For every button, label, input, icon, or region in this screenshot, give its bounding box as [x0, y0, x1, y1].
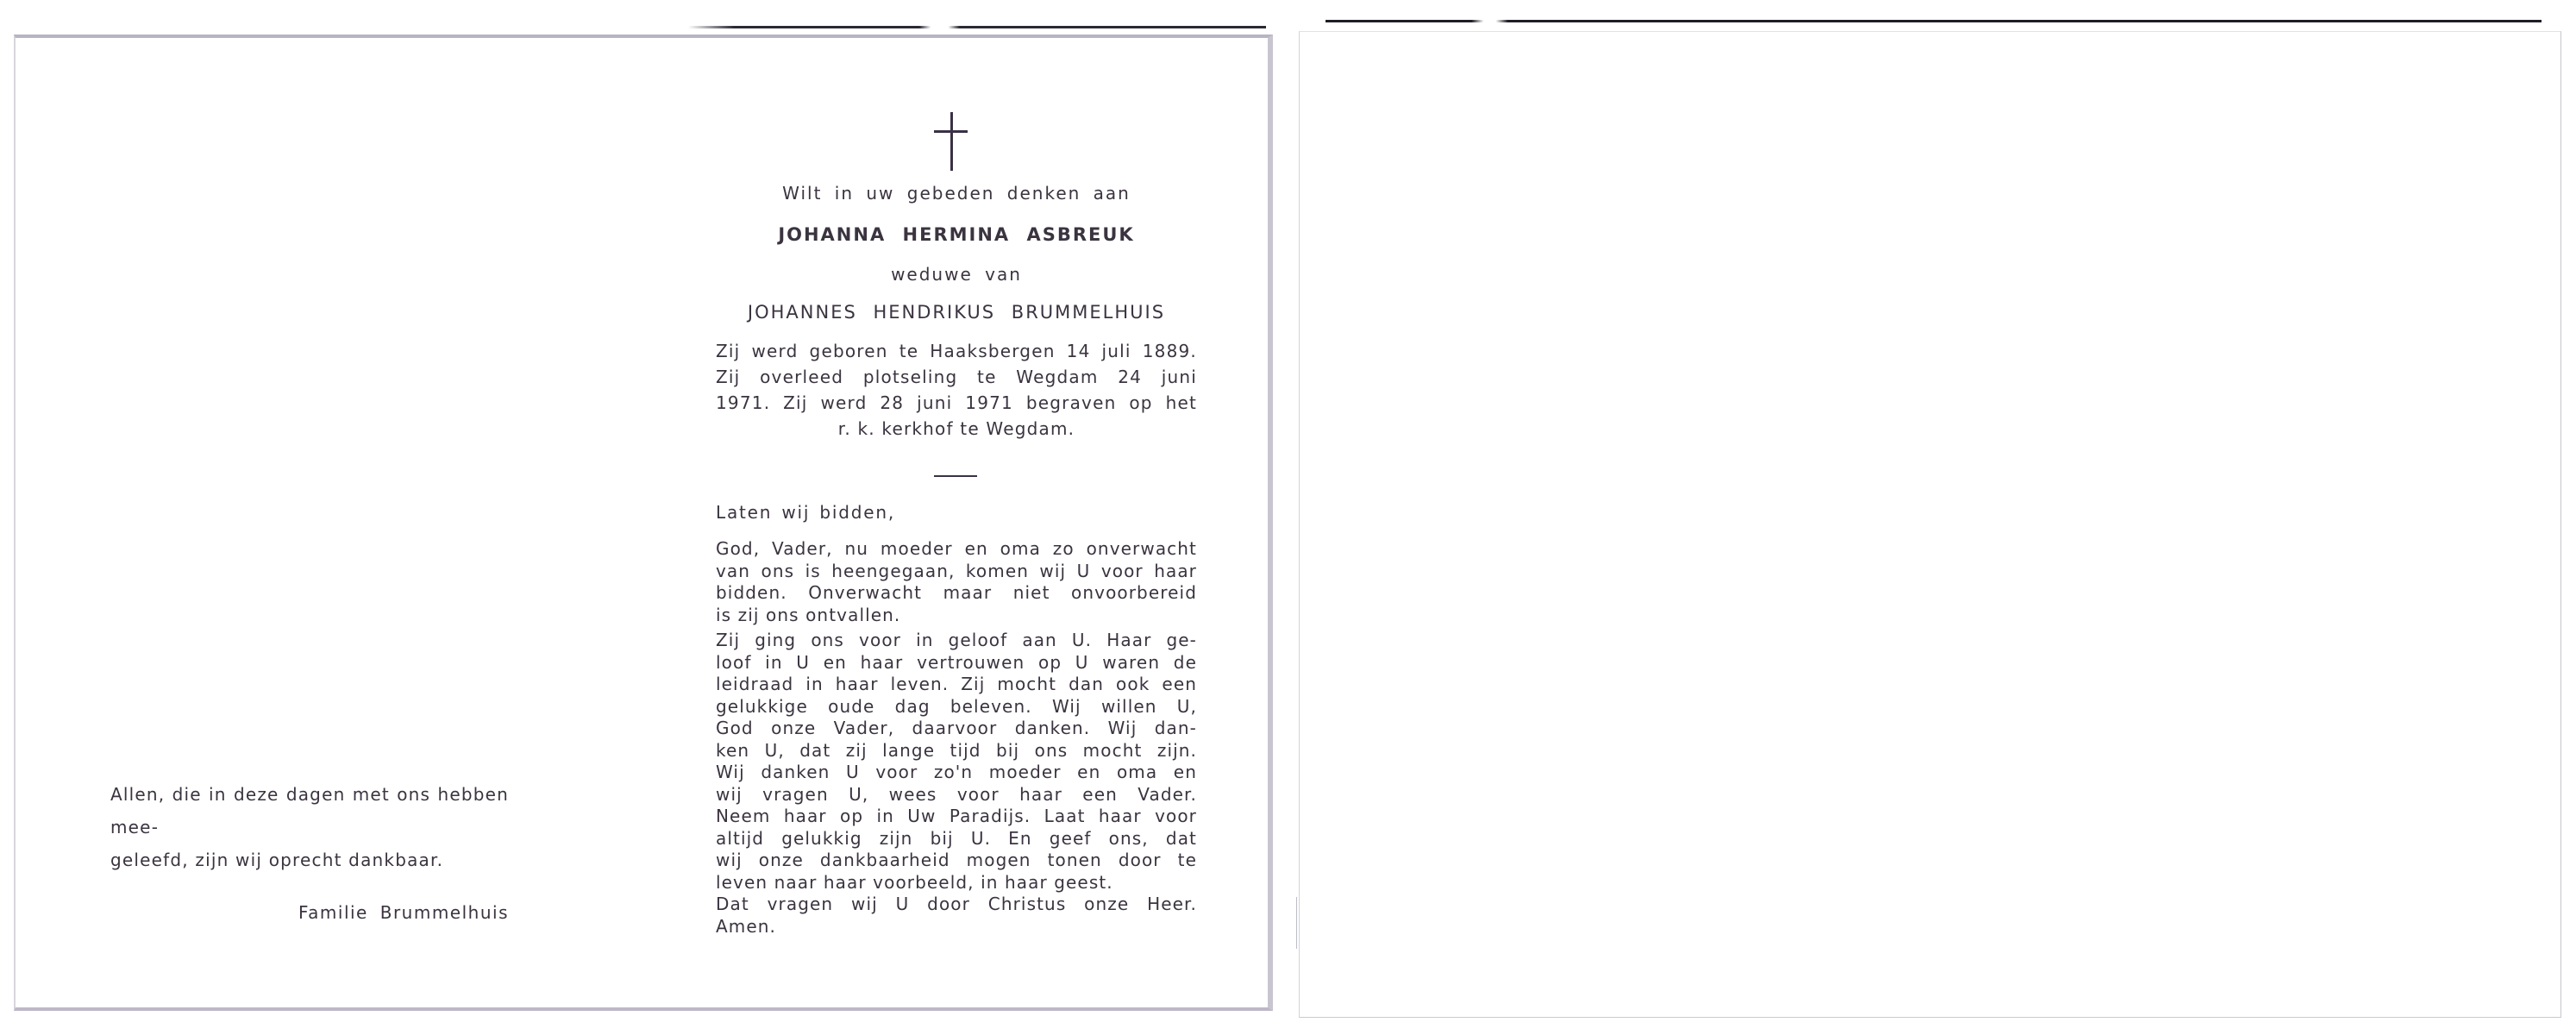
- prayer-line: wij onze dankbaarheid mogen tonen door t…: [716, 850, 1197, 872]
- cross-icon: [934, 112, 968, 172]
- prayer-line: gelukkige oude dag beleven. Wij willen U…: [716, 696, 1197, 718]
- prayer-line: van ons is heengegaan, komen wij U voor …: [716, 561, 1197, 583]
- deceased-name: JOHANNA HERMINA ASBREUK: [716, 224, 1197, 245]
- prayer-line: Zij ging ons voor in geloof aan U. Haar …: [716, 630, 1197, 652]
- prayer-line: Amen.: [716, 916, 1197, 938]
- prayer-line: is zij ons ontvallen.: [716, 605, 1197, 627]
- prayer-intro: Laten wij bidden,: [716, 502, 895, 523]
- biography-line: Zij werd geboren te Haaksbergen 14 juli …: [716, 338, 1197, 364]
- prayer-line: altijd gelukkig zijn bij U. En geef ons,…: [716, 828, 1197, 850]
- section-divider: [934, 475, 977, 477]
- prayer-line: bidden. Onverwacht maar niet onvoorberei…: [716, 582, 1197, 605]
- prayer-line: leven naar haar voorbeeld, in haar geest…: [716, 872, 1197, 894]
- prayer-line: Wij danken U voor zo'n moeder en oma en: [716, 762, 1197, 784]
- prayer-paragraph: God, Vader, nu moeder en oma zo onverwac…: [716, 538, 1197, 938]
- biography-line: Zij overleed plotseling te Wegdam 24 jun…: [716, 364, 1197, 390]
- intro-text: Wilt in uw gebeden denken aan: [716, 183, 1197, 204]
- prayer-line: Dat vragen wij U door Christus onze Heer…: [716, 894, 1197, 916]
- scan-artifact: [1296, 897, 1297, 949]
- prayer-line: leidraad in haar leven. Zij mocht dan oo…: [716, 674, 1197, 696]
- prayer-line: wij vragen U, wees voor haar een Vader.: [716, 784, 1197, 806]
- prayer-line: ken U, dat zij lange tijd bij ons mocht …: [716, 740, 1197, 762]
- prayer-line: loof in U en haar vertrouwen op U waren …: [716, 652, 1197, 674]
- memorial-card-right-panel: [1299, 31, 2561, 1018]
- biography-line: r. k. kerkhof te Wegdam.: [716, 416, 1197, 442]
- prayer-line: God onze Vader, daarvoor danken. Wij dan…: [716, 718, 1197, 740]
- relation-text: weduwe van: [716, 264, 1197, 285]
- thanks-line: Allen, die in deze dagen met ons hebben …: [110, 778, 509, 844]
- prayer-line: God, Vader, nu moeder en oma zo onverwac…: [716, 538, 1197, 561]
- family-signature: Familie Brummelhuis: [110, 902, 509, 923]
- cross-vertical-stroke: [950, 112, 953, 171]
- spouse-name: JOHANNES HENDRIKUS BRUMMELHUIS: [716, 302, 1197, 323]
- biography-line: 1971. Zij werd 28 juni 1971 begraven op …: [716, 390, 1197, 416]
- thanks-line: geleefd, zijn wij oprecht dankbaar.: [110, 844, 509, 876]
- cross-horizontal-stroke: [934, 130, 968, 133]
- prayer-line: Neem haar op in Uw Paradijs. Laat haar v…: [716, 806, 1197, 828]
- thanks-note: Allen, die in deze dagen met ons hebben …: [110, 778, 509, 876]
- biography-paragraph: Zij werd geboren te Haaksbergen 14 juli …: [716, 338, 1197, 442]
